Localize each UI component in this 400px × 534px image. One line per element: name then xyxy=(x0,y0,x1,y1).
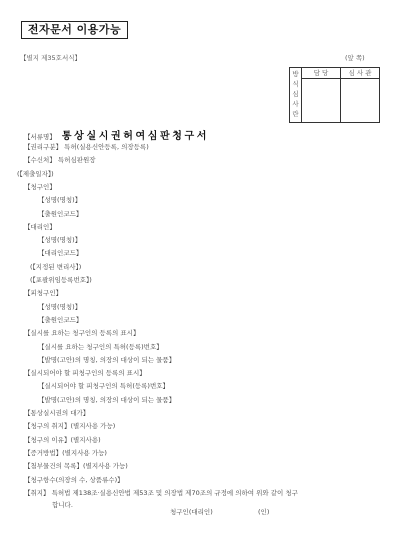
form-field-line: 【실시되어야 할 피청구인의 등록의 표시】 xyxy=(24,368,146,377)
form-field-line: 【권리구분】 특허(실용신안등록, 의장등록) xyxy=(24,142,149,151)
form-field-line: 【성명(명칭)】 xyxy=(38,235,81,244)
form-field-line: 【첨부물건의 목록】(별지사용 가능) xyxy=(24,461,128,470)
form-field-line: 【통상실시권의 대가】 xyxy=(24,408,89,417)
form-field-line: 【수신처】 특허심판원장 xyxy=(24,155,96,164)
document-title-row: 【서류명】 통상실시권허여심판청구서 xyxy=(24,127,209,142)
form-field-line: 【청구항수(의장의 수, 상품류수)】 xyxy=(24,475,124,484)
stamp-header-officer: 담 당 xyxy=(302,68,341,79)
electronic-document-badge: 전자문서 이용가능 xyxy=(21,21,128,39)
stamp-side-label: 방 식 심 사 란 xyxy=(290,68,302,123)
form-field-line: 【취지】 특허법 제138조·실용신안법 제53조 및 의장법 제70조의 규정… xyxy=(24,488,298,497)
form-field-line: 【청구의 취지】(별지사용 가능) xyxy=(24,421,115,430)
form-field-line: (【포괄위임등록번호】) xyxy=(30,275,92,284)
form-field-line: 【실시되어야 할 피청구인의 특허(등록)번호】 xyxy=(38,381,169,390)
form-field-line: 【실시를 요하는 청구인의 특허(등록)번호】 xyxy=(38,342,163,351)
front-side-label: (앞 쪽) xyxy=(345,53,365,62)
form-field-line: 【대리인】 xyxy=(24,222,56,231)
stamp-cell-officer xyxy=(302,79,341,123)
form-field-line: 【실시를 요하는 청구인의 등록의 표시】 xyxy=(24,328,139,337)
stamp-header-examiner: 심 사 관 xyxy=(341,68,380,79)
form-field-line: 【발명(고안)의 명칭, 의장의 대상이 되는 물품】 xyxy=(38,395,175,404)
document-title: 통상실시권허여심판청구서 xyxy=(62,131,209,142)
form-field-line: 합니다. xyxy=(52,500,73,509)
form-field-line: 【출원인코드】 xyxy=(38,315,82,324)
form-field-line: 【증거방법】(별지사용 가능) xyxy=(24,448,107,457)
form-field-line: (【지정된 변리사】) xyxy=(30,262,81,271)
form-field-line: 【성명(명칭)】 xyxy=(38,195,81,204)
signature-seal: (인) xyxy=(258,507,269,516)
form-field-line: (【제출일자】) xyxy=(17,169,54,178)
form-field-line: 【청구인】 xyxy=(24,182,56,191)
form-number: 【별지 제35호서식】 xyxy=(20,53,81,62)
form-field-line: 【출원인코드】 xyxy=(38,209,82,218)
form-field-line: 【청구의 이유】(별지사용) xyxy=(24,435,101,444)
stamp-cell-examiner xyxy=(341,79,380,123)
review-stamp-table: 방 식 심 사 란 담 당 심 사 관 xyxy=(289,67,380,123)
form-field-line: 【피청구인】 xyxy=(24,288,62,297)
document-type-label: 【서류명】 xyxy=(24,133,56,141)
signature-applicant: 청구인(대리인) xyxy=(170,507,213,516)
form-field-line: 【성명(명칭)】 xyxy=(38,302,81,311)
form-field-line: 【발명(고안)의 명칭, 의장의 대상이 되는 물품】 xyxy=(38,355,175,364)
form-field-line: 【대리인코드】 xyxy=(38,248,82,257)
